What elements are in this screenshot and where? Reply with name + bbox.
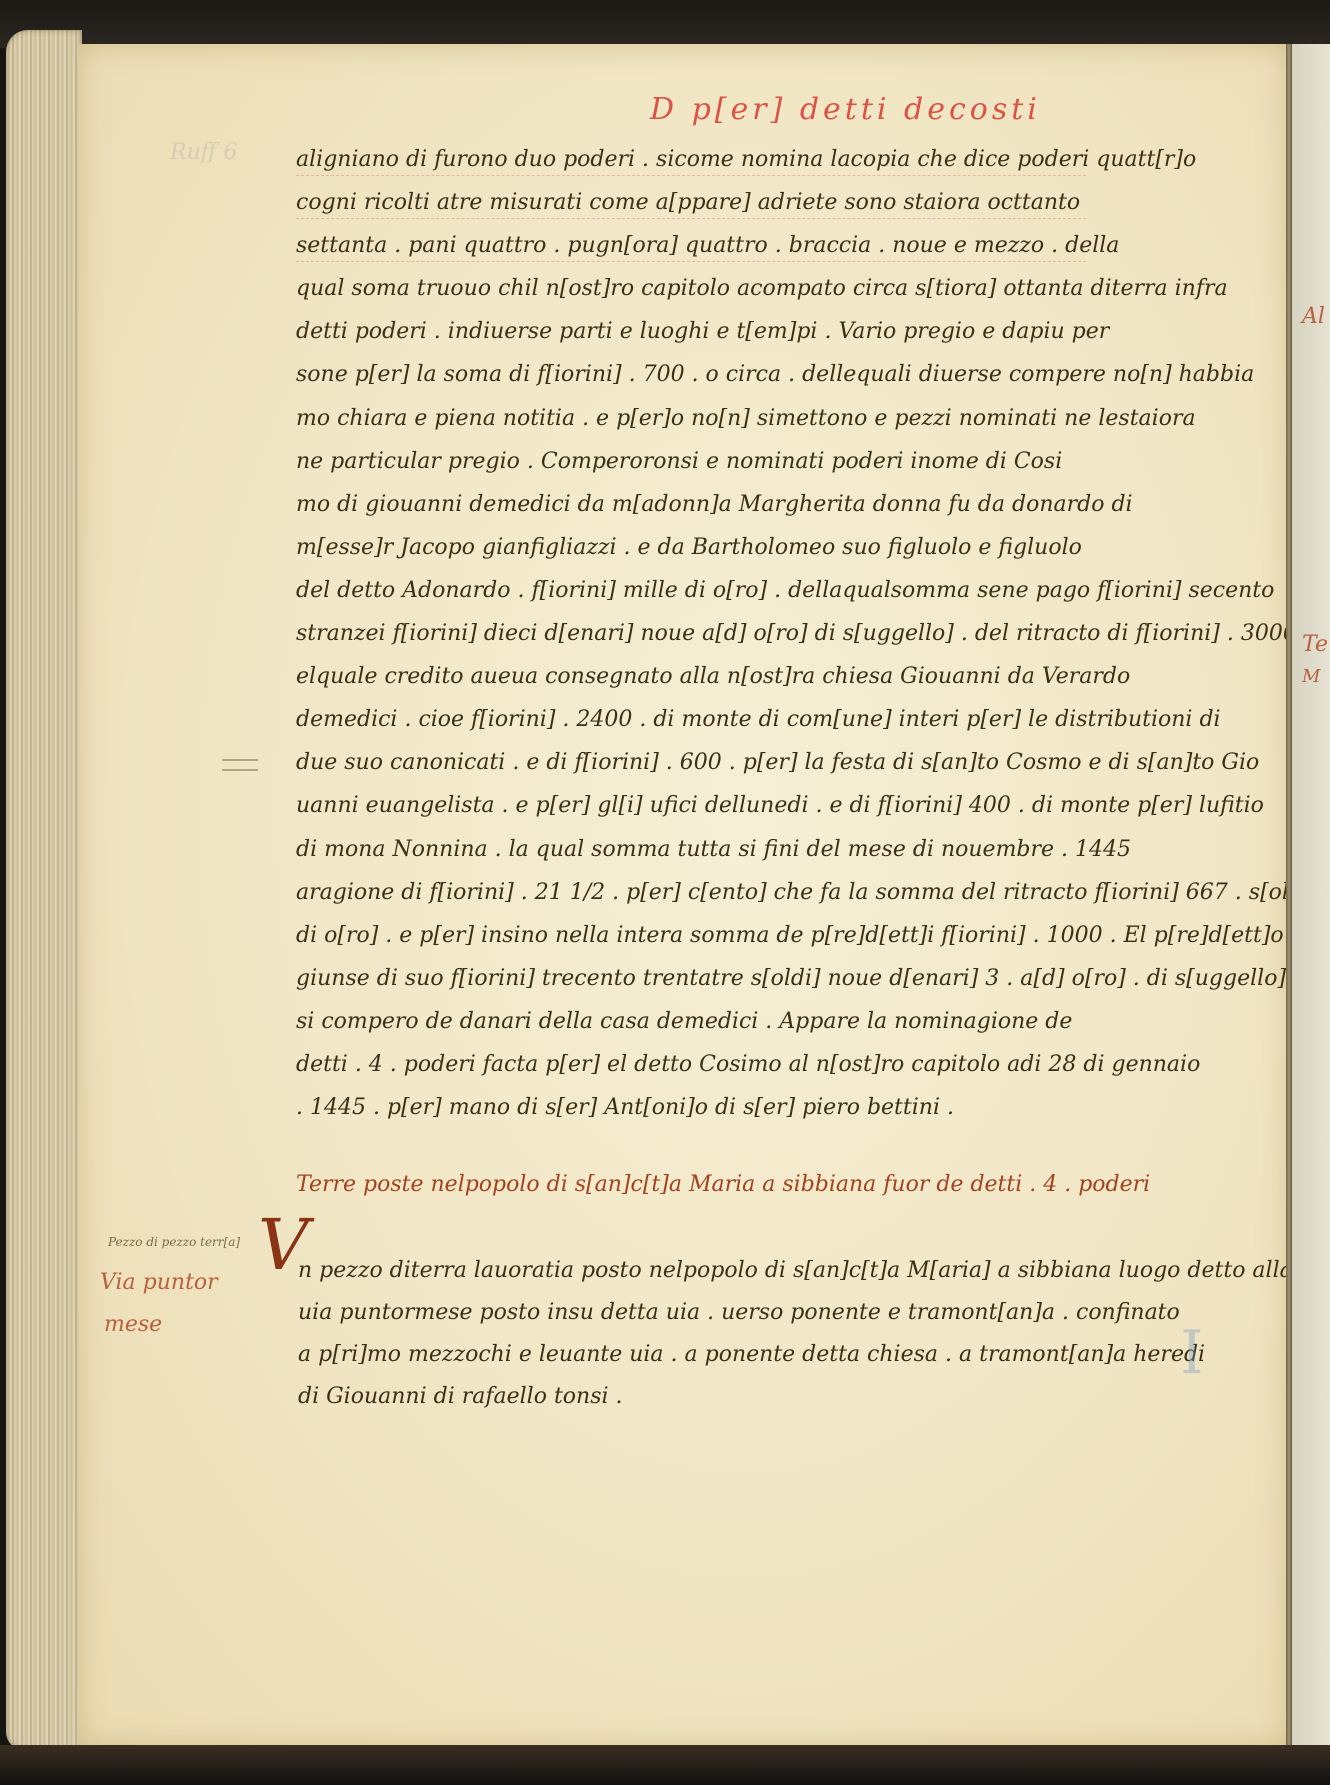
show-through-text: Ruff 6 [170, 140, 237, 165]
margin-note-pencil: Pezzo di pezzo terr[a] [108, 1235, 240, 1249]
facing-page-fragment: Te [1302, 632, 1328, 657]
main-text-block: aligniano di furono duo poderi . sicome … [296, 138, 1086, 1129]
text-line: qual soma truouo chil n[ost]ro capitolo … [296, 267, 1086, 310]
facing-page-fragment: Al [1302, 304, 1325, 329]
book-binding-bottom [0, 1745, 1330, 1785]
section-text-block: n pezzo diterra lauoratia posto nelpopol… [298, 1250, 1088, 1418]
text-line: di Giouanni di rafaello tonsi . [298, 1376, 1088, 1418]
text-line: . 1445 . p[er] mano di s[er] Ant[oni]o d… [296, 1086, 1086, 1129]
text-line: giunse di suo f[iorini] trecento trentat… [296, 957, 1086, 1000]
text-line: detti . 4 . poderi facta p[er] el detto … [296, 1043, 1086, 1086]
text-line: ne particular pregio . Comperoronsi e no… [296, 440, 1086, 483]
text-line: del detto Adonardo . f[iorini] mille di … [296, 569, 1086, 612]
page-edges-stack [6, 30, 82, 1750]
text-line: m[esse]r Jacopo gianfigliazzi . e da Bar… [296, 526, 1086, 569]
margin-mark [222, 759, 258, 771]
rubric-header: D p[er] detti decosti [650, 92, 1041, 127]
text-line: mo chiara e piena notitia . e p[er]o no[… [296, 397, 1086, 440]
margin-note-line: mese [100, 1304, 218, 1346]
text-line: n pezzo diterra lauoratia posto nelpopol… [298, 1250, 1088, 1292]
text-line: stranzei f[iorini] dieci d[enari] noue a… [296, 612, 1086, 655]
text-line: settanta . pani quattro . pugn[ora] quat… [296, 224, 1086, 267]
text-line: di mona Nonnina . la qual somma tutta si… [296, 828, 1086, 871]
text-line: elquale credito aueua consegnato alla n[… [296, 655, 1086, 698]
text-line: sone p[er] la soma di f[iorini] . 700 . … [296, 353, 1086, 396]
text-line: cogni ricolti atre misurati come a[ppare… [296, 181, 1086, 224]
margin-note-line: Via puntor [100, 1262, 218, 1304]
text-line: a p[ri]mo mezzochi e leuante uia . a pon… [298, 1334, 1088, 1376]
text-line: si compero de danari della casa demedici… [296, 1000, 1086, 1043]
text-line: di o[ro] . e p[er] insino nella intera s… [296, 914, 1086, 957]
show-through-initial: I [1180, 1318, 1204, 1388]
facing-page-fragment: M [1302, 666, 1320, 687]
text-line: due suo canonicati . e di f[iorini] . 60… [296, 741, 1086, 784]
text-line: detti poderi . indiuerse parti e luoghi … [296, 310, 1086, 353]
text-line: uia puntormese posto insu detta uia . ue… [298, 1292, 1088, 1334]
text-line: demedici . cioe f[iorini] . 2400 . di mo… [296, 698, 1086, 741]
text-line: aragione di f[iorini] . 21 1/2 . p[er] c… [296, 871, 1086, 914]
section-heading: Terre poste nelpopolo di s[an]c[t]a Mari… [296, 1172, 1150, 1197]
margin-note: Via puntor mese [100, 1262, 218, 1346]
text-line: aligniano di furono duo poderi . sicome … [296, 138, 1086, 181]
text-line: uanni euangelista . e p[er] gl[i] ufici … [296, 784, 1086, 827]
book-binding-top [0, 0, 1330, 48]
facing-page-edge: Al Te M [1292, 44, 1330, 1748]
text-line: mo di giouanni demedici da m[adonn]a Mar… [296, 483, 1086, 526]
